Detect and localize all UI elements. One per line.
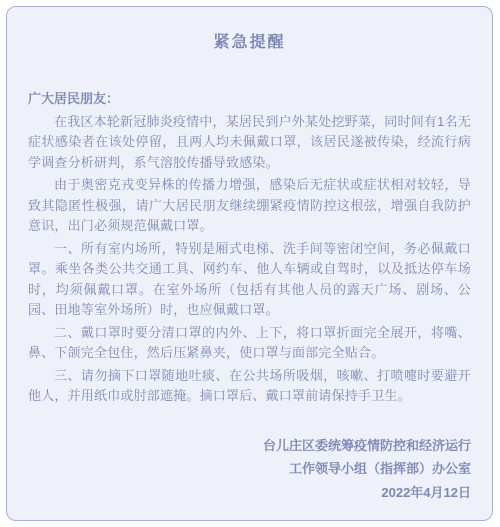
- signature-org-line-2: 工作领导小组（指挥部）办公室: [28, 457, 471, 481]
- paragraph-rule-1-mask-places: 一、所有室内场所，特别是厢式电梯、洗手间等密闭空间，务必佩戴口罩。乘坐各类公共交…: [28, 239, 471, 321]
- signature-block: 台儿庄区委统筹疫情防控和经济运行 工作领导小组（指挥部）办公室 2022年4月1…: [28, 434, 471, 505]
- paragraph-omicron-warning: 由于奥密克戎变异株的传播力增强，感染后无症状或症状相对较轻，导致其隐匿性极强，请…: [28, 175, 471, 237]
- paragraph-rule-3-etiquette: 三、请勿摘下口罩随地吐痰、在公共场所吸烟，咳嗽、打喷嚏时要避开他人，并用纸巾或肘…: [28, 366, 471, 407]
- signature-date: 2022年4月12日: [28, 481, 471, 505]
- salutation: 广大居民朋友：: [28, 89, 471, 110]
- notice-title: 紧急提醒: [28, 33, 471, 53]
- emergency-notice-card: 紧急提醒 广大居民朋友： 在我区本轮新冠肺炎疫情中，某居民到户外某处挖野菜，同时…: [6, 6, 493, 521]
- signature-org-line-1: 台儿庄区委统筹疫情防控和经济运行: [28, 434, 471, 458]
- paragraph-rule-2-mask-wearing: 二、戴口罩时要分清口罩的内外、上下，将口罩折面完全展开，将嘴、鼻、下颌完全包住，…: [28, 323, 471, 364]
- notice-page: 紧急提醒 广大居民朋友： 在我区本轮新冠肺炎疫情中，某居民到户外某处挖野菜，同时…: [0, 0, 500, 527]
- paragraph-infection-case: 在我区本轮新冠肺炎疫情中，某居民到户外某处挖野菜，同时间有1名无症状感染者在该处…: [28, 112, 471, 174]
